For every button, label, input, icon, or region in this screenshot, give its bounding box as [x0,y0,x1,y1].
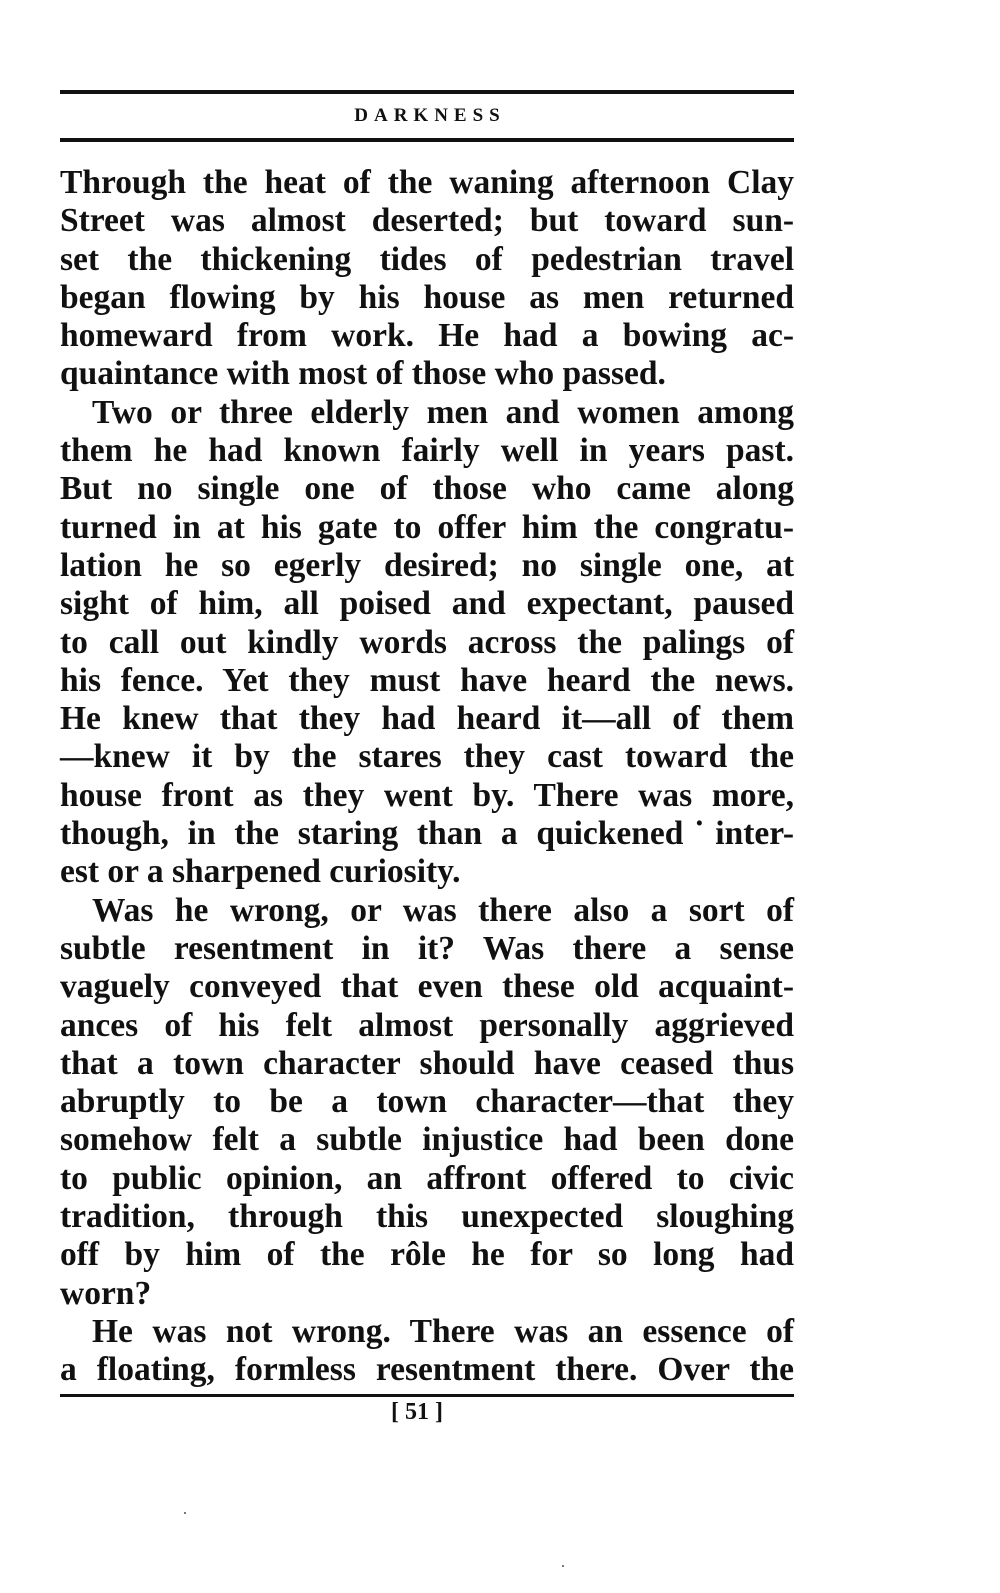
text-line: them he had known fairly well in years p… [60,432,794,470]
book-page: DARKNESS Through the heat of the waning … [60,90,794,1426]
text-line: est or a sharpened curiosity. [60,853,794,891]
text-line: Through the heat of the waning afternoon… [60,164,794,202]
text-line: subtle resentment in it? Was there a sen… [60,930,794,968]
scan-speck [184,1512,186,1514]
scan-speck [562,1565,564,1567]
running-title: DARKNESS [60,94,794,138]
text-line: to public opinion, an affront offered to… [60,1160,794,1198]
text-line: somehow felt a subtle injustice had been… [60,1121,794,1159]
body-text: Through the heat of the waning afternoon… [60,164,794,1390]
text-line: —knew it by the stares they cast toward … [60,738,794,776]
text-line: that a town character should have ceased… [60,1045,794,1083]
text-line: Was he wrong, or was there also a sort o… [60,892,794,930]
page-number: [ 51 ] [40,1399,794,1426]
text-line: abruptly to be a town character—that the… [60,1083,794,1121]
text-line: off by him of the rôle he for so long ha… [60,1236,794,1274]
text-line: worn? [60,1275,794,1313]
text-line: homeward from work. He had a bowing ac- [60,317,794,355]
text-line: He was not wrong. There was an essence o… [60,1313,794,1351]
text-line: Two or three elderly men and women among [60,394,794,432]
text-line: set the thickening tides of pedestrian t… [60,241,794,279]
text-line: sight of him, all poised and expectant, … [60,585,794,623]
text-line: to call out kindly words across the pali… [60,624,794,662]
text-line: began flowing by his house as men return… [60,279,794,317]
text-line: Street was almost deserted; but toward s… [60,202,794,240]
text-line: ances of his felt almost personally aggr… [60,1007,794,1045]
text-line: a floating, formless resentment there. O… [60,1351,794,1389]
header-rule-bottom [60,138,794,142]
text-line: quaintance with most of those who passed… [60,355,794,393]
text-line: vaguely conveyed that even these old acq… [60,968,794,1006]
text-line: He knew that they had heard it—all of th… [60,700,794,738]
text-line: lation he so egerly desired; no single o… [60,547,794,585]
text-line: though, in the staring than a quickened˙… [60,815,794,853]
text-line: turned in at his gate to offer him the c… [60,509,794,547]
text-line: house front as they went by. There was m… [60,777,794,815]
text-line: his fence. Yet they must have heard the … [60,662,794,700]
text-line: But no single one of those who came alon… [60,470,794,508]
footer-rule [60,1394,794,1397]
text-line: tradition, through this unexpected sloug… [60,1198,794,1236]
